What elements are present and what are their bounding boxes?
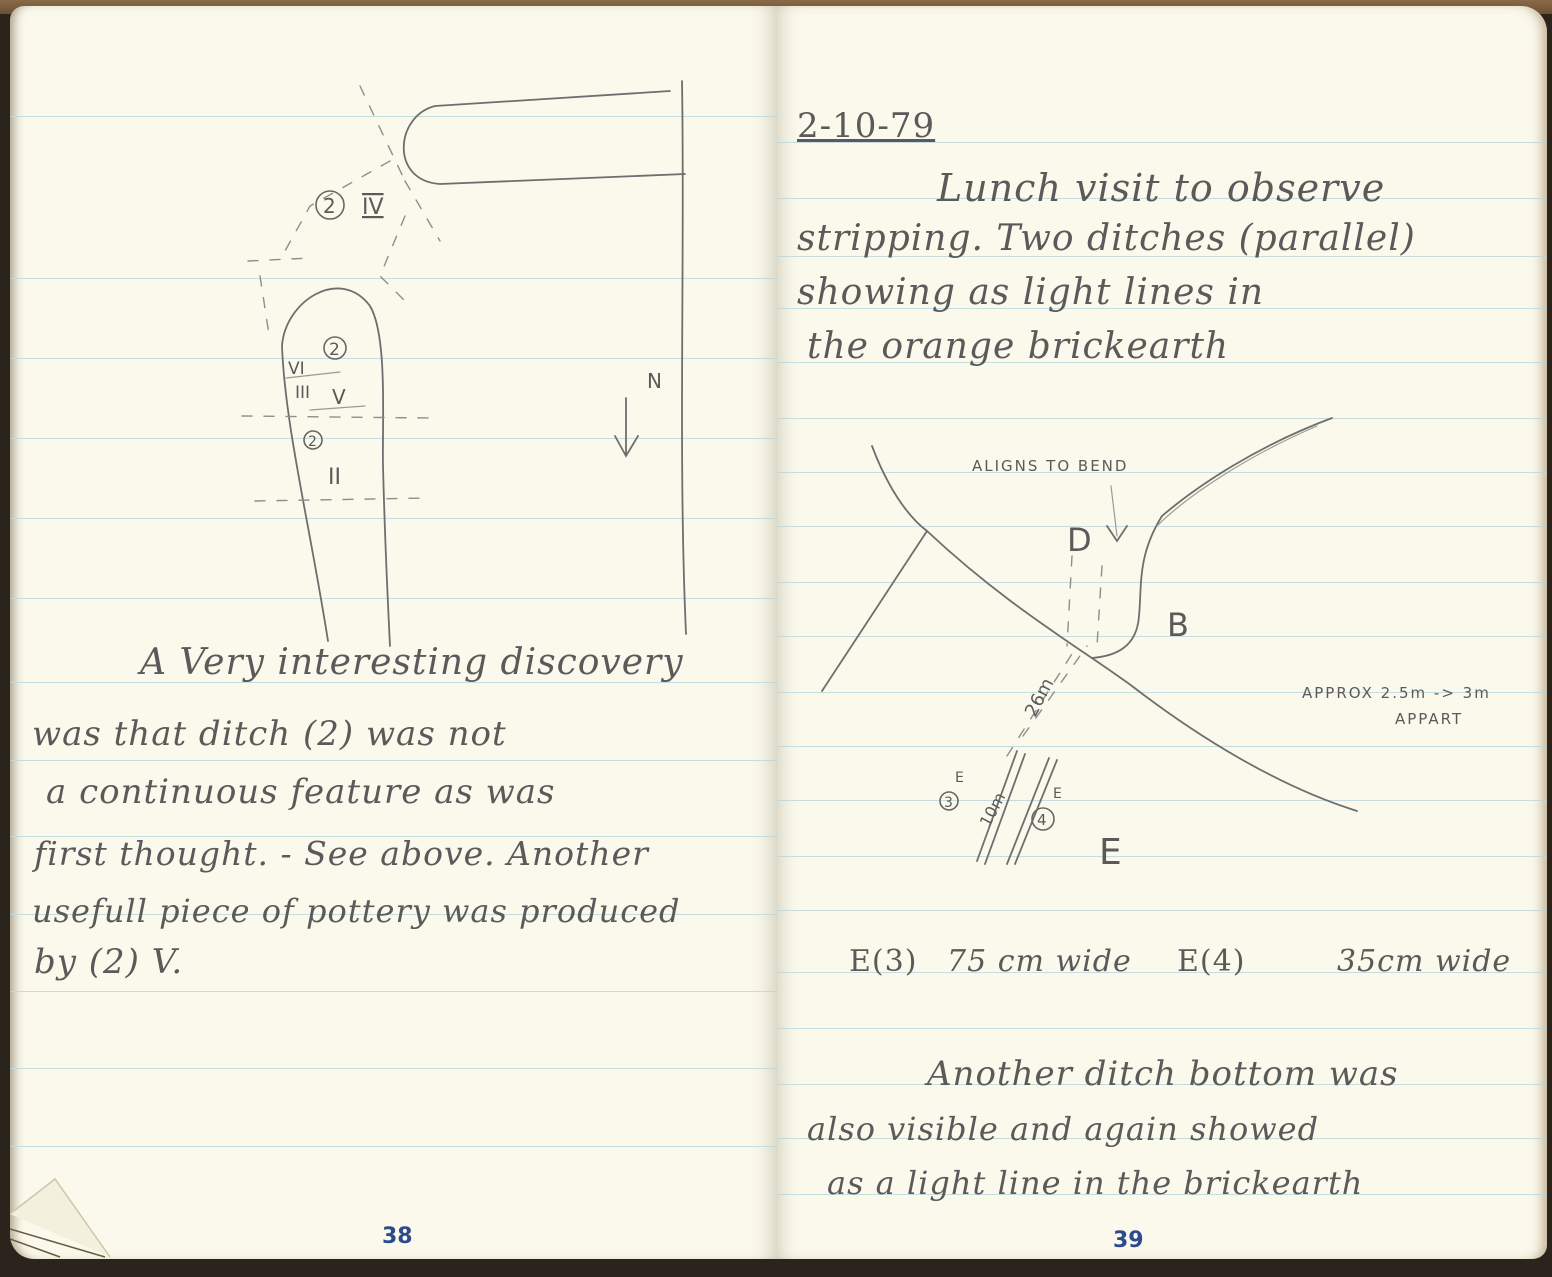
note-line: also visible and again showed [807,1110,1319,1148]
svg-text:26m: 26m [1021,675,1059,721]
folded-corner [10,1169,120,1259]
note-line: a continuous feature as was [46,772,556,812]
page-number: 38 [382,1224,413,1249]
svg-text:IV: IV [362,195,384,220]
ruled-line [10,760,777,761]
ruled-line [777,910,1547,911]
ruled-line [10,1146,777,1147]
ditch-plan-sketch: N 2 IV 2 VI III V 2 II [10,6,777,646]
svg-text:B: B [1167,606,1189,644]
svg-text:II: II [328,465,341,490]
svg-text:2: 2 [308,434,317,450]
svg-text:APPROX 2.5m -> 3m: APPROX 2.5m -> 3m [1302,684,1491,702]
measurement-e4-value: 35cm wide [1337,944,1511,979]
svg-text:V: V [332,385,346,409]
svg-text:III: III [295,383,310,403]
svg-text:ALIGNS TO BEND: ALIGNS TO BEND [972,457,1128,475]
note-line: as a light line in the brickearth [827,1164,1363,1202]
right-page: 2-10-79 Lunch visit to observe stripping… [777,6,1547,1259]
note-line: was that ditch (2) was not [32,714,507,754]
svg-text:N: N [647,369,662,393]
svg-text:E: E [1053,786,1062,802]
note-line: Another ditch bottom was [927,1054,1399,1094]
svg-text:D: D [1067,521,1092,559]
note-line: by (2) V. [34,942,183,982]
measurement-e3-value: 75 cm wide [947,944,1132,979]
ruled-line [10,1068,777,1069]
ruled-line [10,991,777,992]
svg-text:E: E [1099,832,1122,873]
left-page: N 2 IV 2 VI III V 2 II A Very interestin… [10,6,777,1259]
ruled-line [777,1028,1547,1029]
svg-text:4: 4 [1037,811,1047,829]
note-line: first thought. - See above. Another [34,834,649,873]
svg-text:APPART: APPART [1395,710,1463,728]
svg-text:2: 2 [329,340,340,360]
ditch-alignment-diagram: ALIGNS TO BEND D B E 26m 10m E 3 E 4 APP… [777,6,1547,906]
page-number: 39 [1113,1228,1144,1253]
measurement-e3-label: E(3) [849,944,917,979]
measurement-e4-label: E(4) [1177,944,1245,979]
note-line: A Very interesting discovery [140,642,684,683]
svg-text:2: 2 [323,194,336,218]
note-line: usefull piece of pottery was produced [32,892,681,930]
svg-text:3: 3 [944,795,953,811]
svg-text:E: E [955,770,964,786]
